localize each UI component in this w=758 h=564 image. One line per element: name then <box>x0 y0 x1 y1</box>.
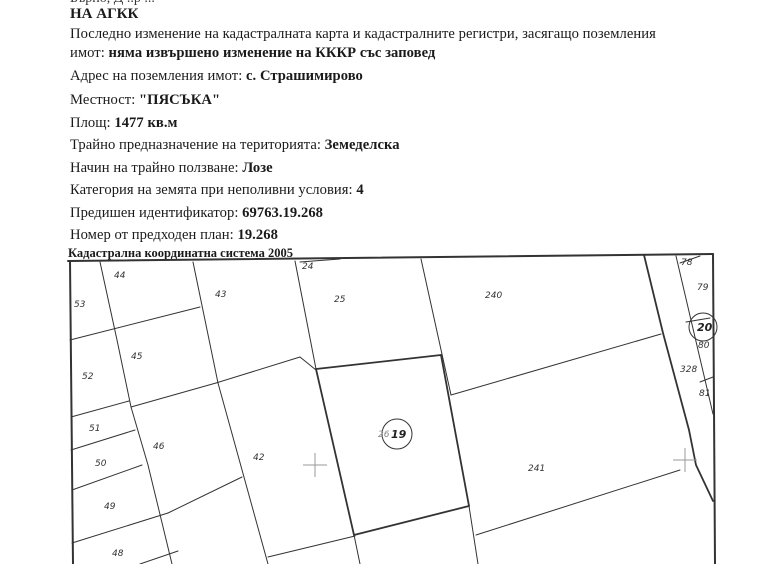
block-label: 20 <box>697 321 713 334</box>
parcel-label: 26 <box>378 430 390 440</box>
parcel-label: 80 <box>698 341 710 351</box>
crosshair-icon <box>303 453 327 477</box>
parcel-label: 328 <box>680 365 697 375</box>
parcel-label: 241 <box>528 464 545 474</box>
parcel-label: 50 <box>95 459 107 469</box>
parcel-label: 45 <box>131 352 143 362</box>
parcel-label: 48 <box>112 549 124 559</box>
parcel-label: 51 <box>89 424 100 434</box>
parcel-label: 42 <box>253 453 265 463</box>
parcel-label: 53 <box>74 300 86 310</box>
parcel-label: 43 <box>215 290 227 300</box>
parcel-label: 78 <box>681 258 693 268</box>
parcel-label: 52 <box>82 372 94 382</box>
parcel-label: 81 <box>699 389 710 399</box>
parcel-label: 79 <box>697 283 709 293</box>
parcel-label: 49 <box>104 502 116 512</box>
parcel-label: 44 <box>114 271 126 281</box>
block-label: 19 <box>391 428 407 441</box>
cadastral-map: 44 53 43 24 25 240 78 79 80 328 81 45 52… <box>0 0 758 564</box>
parcel-label: 24 <box>302 262 314 272</box>
parcel-label: 46 <box>153 442 165 452</box>
parcel-label: 25 <box>334 295 346 305</box>
parcel-label: 240 <box>485 291 502 301</box>
